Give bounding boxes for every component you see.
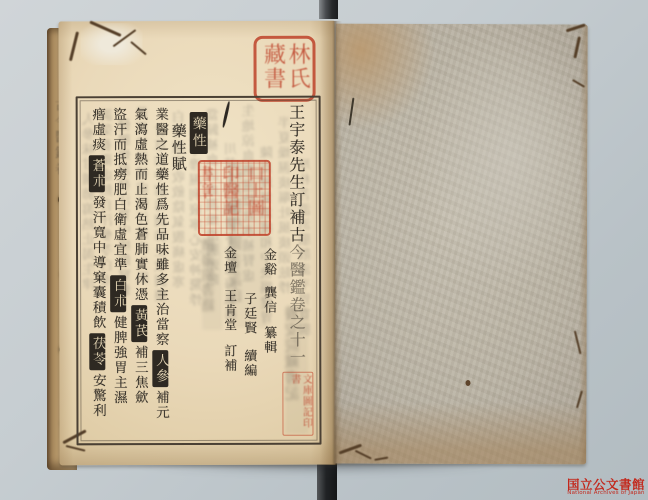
text-segment: 龔信: [261, 286, 276, 315]
text-column-continuer: 子廷賢續編: [242, 248, 255, 378]
seal-glyph-texture: 文庫圖記印書: [284, 374, 311, 434]
text-segment: 補元: [153, 390, 169, 420]
drug-name-label: 黃芪: [131, 305, 147, 342]
text-column-body-4: 㾬虛痰蒼朮發汗寬中導窠囊積飲茯苓安驚利: [89, 107, 105, 418]
edge-squiggle: [574, 331, 582, 355]
worm-damage: [355, 450, 372, 460]
drug-name-label: 白朮: [110, 275, 126, 312]
text-segment: 健脾強胃主濕: [111, 315, 127, 405]
show-through-stamp: 躋壽館書籍: [202, 238, 222, 330]
text-column-body-3: 盜汗而抵癆肥白衛虛宜準白朮健脾強胃主濕: [110, 107, 126, 405]
library-collection-seal: 口上圖印醫記書章: [198, 160, 271, 236]
text-segment: 訂補: [221, 343, 236, 372]
edge-squiggle: [572, 79, 585, 88]
tear-mark: [69, 31, 79, 61]
frayed-corner: [66, 445, 86, 452]
printed-text-frame: 人參味甘補肺瀉熱止渴生津調榮養衛虛熱自汗參苓白朮健脾燥濕發汗寬中痰飲窠囊黃芪甘溫…: [76, 96, 322, 446]
text-segment: 子廷賢: [241, 292, 256, 336]
text-columns: 王宇泰先生訂補古今醫鑑卷之十一金谿龔信纂輯子廷賢續編金壇王肯堂訂補藥性賦業醫之道…: [78, 98, 319, 99]
text-segment: 盜汗而抵癆肥白衛虛宜準: [110, 107, 126, 272]
corner-damage: [573, 36, 581, 58]
text-column-compiler: 金谿龔信纂輯: [262, 248, 275, 355]
text-segment: 藥性賦: [170, 123, 188, 173]
text-segment: 金壇: [221, 246, 236, 275]
text-segment: 王肯堂: [221, 289, 236, 333]
edge-squiggle: [576, 390, 583, 408]
brown-speck: [466, 380, 471, 386]
text-column-reviser: 金壇王肯堂訂補: [222, 246, 235, 373]
text-column-volume-title: 王宇泰先生訂補古今醫鑑卷之十一: [288, 104, 305, 367]
corner-damage: [566, 23, 586, 32]
text-segment: 發汗寬中導窠囊積飲: [89, 195, 105, 330]
owner-collection-seal: 林氏藏書: [253, 36, 315, 102]
section-label-box: 藥性: [190, 112, 208, 154]
archive-logo-english: National Archives of Japan: [567, 491, 645, 497]
text-segment: 安驚利: [90, 373, 106, 418]
left-page: 林氏藏書 人參味甘補肺瀉熱止渴生津調榮養衛虛熱自汗參苓白朮健脾燥濕發汗寬中痰飲窠…: [58, 21, 335, 466]
text-column-body-2: 氣瀉虛熱而止渴色蒼肺實休憑黃芪補三焦歛: [131, 107, 147, 405]
dark-fiber: [348, 98, 354, 126]
text-column-body-1: 業醫之道藥性爲先品味雖多主治當察人參補元: [152, 107, 168, 420]
show-through-layer: 人參味甘補肺瀉熱止渴生津調榮養衛虛熱自汗參苓白朮健脾燥濕發汗寬中痰飲窠囊黃芪甘溫…: [78, 98, 319, 99]
handwritten-ink-mark: [222, 101, 231, 128]
small-archive-seal: 文庫圖記印書: [282, 372, 313, 436]
drug-name-label: 蒼朮: [89, 155, 105, 192]
seal-glyph-texture: 口上圖印醫記書章: [203, 165, 266, 231]
drug-name-label: 茯苓: [89, 333, 105, 370]
text-segment: 氣瀉虛熱而止渴色蒼肺實休憑: [131, 107, 148, 302]
book-gutter-fold: [320, 21, 342, 465]
text-column-section-title: 藥性賦: [171, 123, 186, 173]
text-segment: 王宇泰先生訂補古: [287, 104, 306, 244]
text-segment: 纂輯: [261, 326, 276, 355]
worm-damage: [374, 457, 388, 461]
text-segment: 續編: [241, 348, 256, 377]
right-blank-page: [334, 24, 588, 465]
text-segment: 㾬虛痰: [89, 107, 105, 152]
text-segment: 業醫之道藥性爲先品味雖多主治當察: [152, 107, 169, 347]
text-segment: 金谿: [261, 248, 276, 277]
text-segment: 今醫鑑卷之十一: [287, 244, 306, 367]
text-segment: 補三焦歛: [132, 345, 148, 405]
archive-photo-stage: 古今醫鑑卷 林氏藏書 人參味甘補肺瀉熱止渴生津調榮養衛虛熱自汗參苓白朮健脾燥濕發…: [0, 0, 648, 500]
drug-name-label: 人參: [152, 350, 168, 387]
archive-logo: 国立公文書館 National Archives of Japan: [567, 478, 645, 497]
cradle-bar-top: [319, 0, 338, 19]
seal-characters: 林氏藏書: [260, 43, 309, 95]
